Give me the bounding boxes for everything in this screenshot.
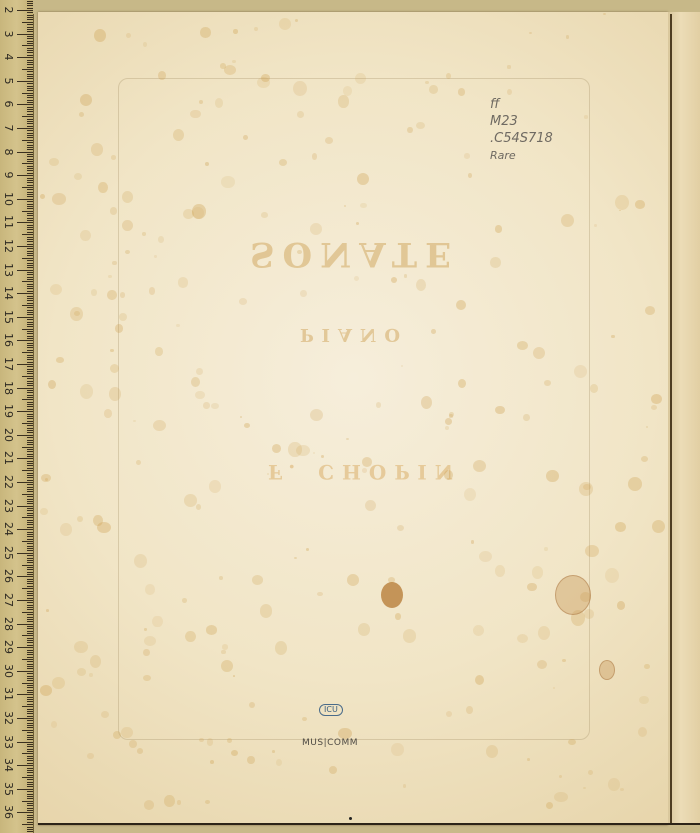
ruler-tick — [27, 555, 33, 556]
ruler-tick — [27, 477, 33, 478]
ruler-tick — [27, 619, 33, 620]
foxing-spot — [619, 210, 621, 212]
ruler-tick — [27, 215, 33, 216]
foxing-spot — [321, 455, 324, 458]
ruler-tick — [27, 288, 33, 289]
ruler-tick — [27, 640, 33, 641]
foxing-spot — [227, 738, 232, 743]
stain-ring — [555, 575, 591, 615]
ruler-tick — [27, 461, 33, 462]
ruler-label: 7 — [2, 121, 14, 135]
foxing-spot — [295, 19, 298, 22]
foxing-spot — [529, 32, 532, 35]
ruler-tick — [22, 470, 33, 471]
ruler-tick — [27, 156, 33, 157]
ruler-label: 18 — [2, 381, 14, 395]
foxing-spot — [91, 289, 97, 296]
ruler-tick — [27, 487, 33, 488]
ruler-tick — [27, 390, 33, 391]
ruler-tick — [27, 218, 33, 219]
foxing-spot — [199, 100, 203, 105]
ruler-tick — [27, 456, 33, 457]
ruler-tick — [27, 496, 33, 497]
ruler-tick — [27, 397, 33, 398]
ruler-tick — [27, 263, 33, 264]
foxing-spot — [52, 677, 64, 689]
foxing-spot — [144, 800, 154, 809]
foxing-spot — [90, 655, 101, 668]
ruler-tick — [27, 475, 33, 476]
foxing-spot — [445, 426, 449, 430]
ruler-tick — [27, 808, 33, 809]
ruler-tick — [27, 366, 33, 367]
ruler-tick — [27, 609, 33, 610]
foxing-spot — [77, 516, 83, 522]
ruler-tick — [22, 352, 33, 353]
foxing-spot — [404, 274, 408, 277]
foxing-spot — [155, 347, 162, 356]
ruler-tick — [27, 463, 33, 464]
ruler-tick — [27, 244, 33, 245]
ruler-tick — [27, 829, 33, 830]
ruler-tick — [27, 716, 33, 717]
ruler-label: 12 — [2, 239, 14, 253]
foxing-spot — [458, 88, 466, 96]
foxing-spot — [584, 609, 594, 619]
ruler-tick — [22, 258, 33, 259]
foxing-spot — [313, 452, 315, 454]
ruler-tick — [27, 220, 33, 221]
ruler-tick — [27, 442, 33, 443]
ruler-tick — [27, 735, 33, 736]
ruler-tick — [27, 430, 33, 431]
ruler-tick — [27, 763, 33, 764]
ruler-tick — [27, 633, 33, 634]
ruler-tick — [27, 24, 33, 25]
foxing-spot — [362, 457, 372, 466]
ruler-tick — [27, 444, 33, 445]
foxing-spot — [87, 753, 93, 759]
foxing-spot — [240, 416, 242, 418]
ruler-tick — [27, 331, 33, 332]
foxing-spot — [154, 255, 157, 257]
adjacent-page-edge — [668, 12, 700, 825]
ruler-tick — [17, 600, 33, 601]
ruler-tick — [17, 506, 33, 507]
foxing-spot — [523, 414, 530, 421]
foxing-spot — [644, 664, 650, 670]
ruler-tick — [17, 482, 33, 483]
ruler-tick — [27, 208, 33, 209]
ruler-tick — [27, 204, 33, 205]
ruler-tick — [27, 43, 33, 44]
stain-dark — [381, 582, 403, 608]
ruler-tick — [27, 803, 33, 804]
ruler-tick — [27, 178, 33, 179]
ruler-tick — [22, 730, 33, 731]
ruler-tick — [27, 60, 33, 61]
foxing-spot — [574, 365, 587, 378]
ruler-tick — [17, 364, 33, 365]
foxing-spot — [182, 598, 187, 603]
ruler-tick — [27, 621, 33, 622]
ruler-tick — [27, 626, 33, 627]
ruler-tick — [27, 746, 33, 747]
ruler-tick — [27, 27, 33, 28]
ruler-tick — [27, 41, 33, 42]
ruler-tick — [27, 791, 33, 792]
foxing-spot — [199, 738, 204, 743]
ruler-tick — [27, 196, 33, 197]
ruler-label: 29 — [2, 640, 14, 654]
foxing-spot — [288, 442, 301, 457]
foxing-spot — [98, 182, 108, 194]
foxing-spot — [279, 18, 291, 30]
ruler-tick — [17, 411, 33, 412]
ruler-tick — [27, 503, 33, 504]
ruler-tick — [27, 510, 33, 511]
ruler-tick — [27, 126, 33, 127]
ruler-tick — [22, 635, 33, 636]
ruler-tick — [27, 253, 33, 254]
ruler-tick — [27, 119, 33, 120]
ruler-tick — [27, 409, 33, 410]
foxing-spot — [110, 349, 114, 352]
ruler-tick — [27, 298, 33, 299]
ruler-label: 21 — [2, 451, 14, 465]
ruler-tick — [17, 647, 33, 648]
ruler-tick — [27, 74, 33, 75]
ruler-tick — [27, 595, 33, 596]
ruler-tick — [22, 93, 33, 94]
ruler-tick — [27, 350, 33, 351]
foxing-spot — [276, 759, 282, 766]
ruler-tick — [27, 815, 33, 816]
ruler-label: 13 — [2, 263, 14, 277]
foxing-spot — [338, 95, 349, 107]
foxing-spot — [641, 456, 648, 462]
call-number-line-4: Rare — [490, 147, 553, 164]
ruler-tick — [27, 381, 33, 382]
foxing-spot — [495, 225, 502, 232]
ruler-tick — [27, 362, 33, 363]
foxing-spot — [495, 406, 505, 415]
foxing-spot — [94, 29, 106, 43]
foxing-spot — [260, 604, 273, 618]
binding-fold — [670, 14, 672, 825]
foxing-spot — [302, 717, 307, 721]
ruler-tick — [27, 322, 33, 323]
ruler-tick — [27, 345, 33, 346]
ruler-tick — [27, 355, 33, 356]
foxing-spot — [152, 616, 162, 628]
ruler-tick — [27, 756, 33, 757]
foxing-spot — [294, 557, 297, 560]
foxing-spot — [177, 800, 182, 805]
foxing-spot — [527, 583, 537, 592]
ruler-tick — [27, 286, 33, 287]
ruler-tick — [27, 102, 33, 103]
ruler-tick — [27, 343, 33, 344]
foxing-spot — [91, 143, 104, 156]
ruler-tick — [27, 31, 33, 32]
ruler-tick — [27, 775, 33, 776]
foxing-spot — [121, 727, 133, 739]
ruler-tick — [27, 192, 33, 193]
foxing-spot — [244, 423, 250, 428]
ruler-tick — [27, 229, 33, 230]
ruler-tick — [27, 303, 33, 304]
ruler-tick — [27, 817, 33, 818]
foxing-spot — [195, 391, 204, 399]
foxing-spot — [145, 584, 155, 595]
foxing-spot — [362, 468, 368, 473]
ruler-tick — [17, 270, 33, 271]
ruler-tick — [27, 421, 33, 422]
foxing-spot — [221, 176, 234, 187]
ruler-tick — [27, 810, 33, 811]
foxing-spot — [60, 523, 72, 536]
foxing-spot — [104, 409, 112, 418]
ruler-tick — [17, 812, 33, 813]
ruler-tick — [27, 454, 33, 455]
foxing-spot — [490, 257, 500, 267]
foxing-spot — [611, 335, 614, 339]
foxing-spot — [403, 629, 416, 642]
foxing-spot — [585, 545, 598, 557]
ruler-tick — [27, 508, 33, 509]
foxing-spot — [164, 795, 174, 807]
ruler-label: 6 — [2, 97, 14, 111]
ruler-tick — [27, 109, 33, 110]
ruler-tick — [27, 532, 33, 533]
ruler-tick — [27, 751, 33, 752]
ruler-tick — [27, 819, 33, 820]
ruler-tick — [27, 338, 33, 339]
ruler-tick — [27, 241, 33, 242]
ruler-tick — [27, 50, 33, 51]
ruler-tick — [27, 383, 33, 384]
ruler-tick — [27, 744, 33, 745]
ruler-tick — [27, 758, 33, 759]
ruler-tick — [27, 520, 33, 521]
ruler-tick — [27, 484, 33, 485]
ruler-tick — [27, 97, 33, 98]
ruler-tick — [27, 673, 33, 674]
ruler-tick — [27, 680, 33, 681]
ruler-tick — [27, 347, 33, 348]
ruler-tick — [27, 794, 33, 795]
ruler-tick — [27, 133, 33, 134]
foxing-spot — [639, 696, 649, 704]
foxing-spot — [249, 702, 255, 708]
ruler-label: 16 — [2, 333, 14, 347]
ruler-tick — [27, 357, 33, 358]
ruler-tick — [22, 824, 33, 825]
foxing-spot — [651, 405, 657, 411]
ruler-tick — [27, 468, 33, 469]
ruler-tick — [27, 307, 33, 308]
foxing-spot — [233, 675, 235, 677]
ruler-tick — [22, 305, 33, 306]
ruler-tick — [27, 373, 33, 374]
ruler-tick — [27, 489, 33, 490]
ruler-label: 14 — [2, 286, 14, 300]
ruler-tick — [27, 711, 33, 712]
ruler-tick — [27, 64, 33, 65]
ruler-tick — [27, 692, 33, 693]
foxing-spot — [144, 636, 156, 646]
ruler-tick — [27, 86, 33, 87]
ruler-tick — [27, 768, 33, 769]
foxing-spot — [252, 575, 263, 585]
ruler-tick — [27, 723, 33, 724]
ruler-tick — [17, 128, 33, 129]
foxing-spot — [466, 706, 473, 714]
foxing-spot — [144, 628, 147, 631]
ruler-tick — [27, 88, 33, 89]
ruler-tick — [27, 336, 33, 337]
foxing-spot — [80, 384, 93, 398]
ruler-tick — [27, 432, 33, 433]
ruler-tick — [27, 650, 33, 651]
ruler-tick — [27, 395, 33, 396]
ruler-tick — [27, 227, 33, 228]
ruler-tick — [27, 232, 33, 233]
foxing-spot — [317, 592, 322, 596]
ruler-label: 30 — [2, 664, 14, 678]
foxing-spot — [279, 159, 287, 166]
ruler-tick — [27, 418, 33, 419]
foxing-spot — [79, 112, 84, 117]
foxing-spot — [300, 290, 306, 297]
ruler-tick — [27, 406, 33, 407]
foxing-spot — [120, 292, 125, 298]
ruler-tick — [17, 742, 33, 743]
ruler-tick — [27, 690, 33, 691]
ruler-tick — [27, 602, 33, 603]
foxing-spot — [56, 357, 63, 363]
ruler-label: 34 — [2, 758, 14, 772]
ruler-tick — [27, 652, 33, 653]
foxing-spot — [110, 207, 118, 215]
ruler-tick — [17, 624, 33, 625]
ruler-label: 28 — [2, 617, 14, 631]
foxing-spot — [233, 29, 237, 33]
ruler-tick — [27, 645, 33, 646]
ruler-tick — [27, 319, 33, 320]
bottom-label: MUS|COMM — [302, 738, 358, 748]
ruler-tick — [27, 107, 33, 108]
ruler-tick — [27, 572, 33, 573]
foxing-spot — [464, 488, 476, 501]
foxing-spot — [272, 750, 275, 753]
ruler-tick — [17, 671, 33, 672]
foxing-spot — [617, 601, 626, 610]
ruler-tick — [27, 168, 33, 169]
ruler-tick — [22, 399, 33, 400]
ruler-tick — [27, 237, 33, 238]
ruler-tick — [27, 385, 33, 386]
ruler-label: 10 — [2, 192, 14, 206]
ruler-tick — [27, 465, 33, 466]
ruler-tick — [27, 539, 33, 540]
foxing-spot — [546, 802, 553, 809]
ruler-tick — [22, 69, 33, 70]
ruler-tick — [27, 687, 33, 688]
foxing-spot — [473, 625, 484, 636]
ruler-tick — [27, 142, 33, 143]
ruler-tick — [27, 291, 33, 292]
foxing-spot — [74, 173, 83, 181]
ruler-label: 20 — [2, 428, 14, 442]
ruler-tick — [17, 694, 33, 695]
foxing-spot — [546, 470, 558, 482]
foxing-spot — [561, 214, 574, 227]
ruler-tick — [27, 173, 33, 174]
foxing-spot — [77, 668, 86, 676]
foxing-spot — [176, 324, 179, 327]
foxing-spot — [112, 261, 116, 266]
ruler-tick — [27, 704, 33, 705]
foxing-spot — [107, 290, 116, 300]
foxing-spot — [594, 224, 598, 228]
ruler-tick — [27, 71, 33, 72]
ruler-label: 8 — [2, 145, 14, 159]
ruler-tick — [22, 281, 33, 282]
ruler-tick — [27, 642, 33, 643]
ruler-tick — [22, 541, 33, 542]
ruler-tick — [27, 473, 33, 474]
ruler-tick — [27, 822, 33, 823]
ruler-tick — [27, 527, 33, 528]
ruler-tick — [27, 147, 33, 148]
foxing-spot — [429, 85, 438, 94]
ruler-tick — [27, 201, 33, 202]
ruler-tick — [27, 206, 33, 207]
foxing-spot — [192, 204, 206, 218]
foxing-spot — [532, 566, 544, 579]
ink-dot — [349, 817, 352, 820]
ruler-tick — [27, 76, 33, 77]
ruler-tick — [27, 55, 33, 56]
foxing-spot — [403, 784, 407, 788]
ruler-tick — [17, 199, 33, 200]
foxing-spot — [651, 394, 662, 404]
foxing-spot — [224, 65, 236, 75]
ruler-label: 3 — [2, 27, 14, 41]
ruler-tick — [27, 697, 33, 698]
ruler-tick — [27, 440, 33, 441]
ruler-tick — [27, 709, 33, 710]
ruler-tick — [22, 659, 33, 660]
ruler-tick — [27, 631, 33, 632]
foxing-spot — [628, 477, 642, 490]
ruler-tick — [27, 605, 33, 606]
foxing-spot — [111, 155, 117, 160]
foxing-spot — [40, 508, 48, 516]
ruler-tick — [22, 187, 33, 188]
ruler-tick — [27, 213, 33, 214]
ruler-label: 4 — [2, 50, 14, 64]
foxing-spot — [635, 200, 645, 208]
ruler-tick — [27, 701, 33, 702]
ruler-tick — [27, 154, 33, 155]
foxing-spot — [407, 127, 413, 134]
foxing-spot — [231, 750, 238, 756]
ruler-tick — [27, 727, 33, 728]
ruler-label: 23 — [2, 499, 14, 513]
